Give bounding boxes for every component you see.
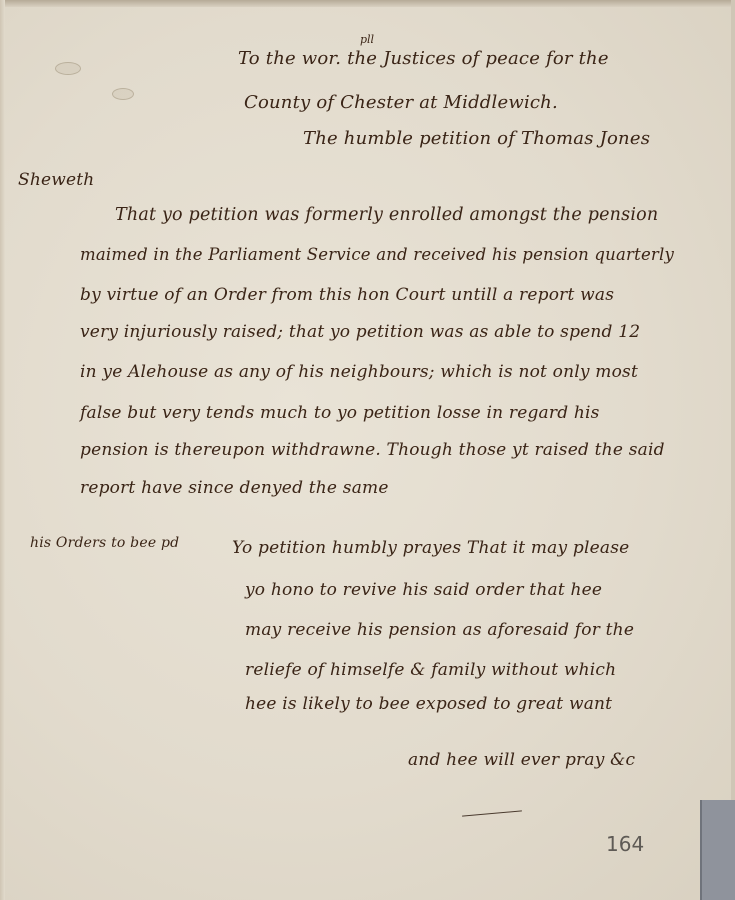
prayer-line: yo hono to revive his said order that he… [245,580,602,600]
body-line: in ye Alehouse as any of his neighbours;… [80,362,638,382]
superscript-abbrev: pll [360,33,374,46]
manuscript-page: pll To the wor. the Justices of peace fo… [0,0,735,900]
paper-stain [112,88,134,100]
body-line: maimed in the Parliament Service and rec… [80,245,674,264]
body-line: pension is thereupon withdrawne. Though … [80,440,665,460]
folio-number: 164 [606,832,644,856]
closing-line: and hee will ever pray &c [408,750,635,770]
prayer-line: Yo petition humbly prayes That it may pl… [232,538,629,558]
body-line: false but very tends much to yo petition… [80,403,600,423]
binding-tab [700,800,735,900]
prayer-line: reliefe of himselfe & family without whi… [245,660,616,680]
address-line-2: County of Chester at Middlewich. [244,92,558,113]
margin-note: his Orders to bee pd [30,535,179,551]
body-line: by virtue of an Order from this hon Cour… [80,285,614,305]
paper-stain [55,62,81,75]
page-left-edge [0,0,5,900]
address-line-1: To the wor. the Justices of peace for th… [238,48,609,69]
body-line: That yo petition was formerly enrolled a… [115,205,658,225]
prayer-line: hee is likely to bee exposed to great wa… [245,694,612,714]
pen-stroke [462,810,522,816]
body-line: very injuriously raised; that yo petitio… [80,322,640,342]
page-top-edge [0,0,735,7]
body-line: report have since denyed the same [80,478,389,498]
margin-heading: Sheweth [18,170,94,190]
petition-title: The humble petition of Thomas Jones [303,128,650,149]
prayer-line: may receive his pension as aforesaid for… [245,620,634,640]
page-right-edge [731,0,735,900]
